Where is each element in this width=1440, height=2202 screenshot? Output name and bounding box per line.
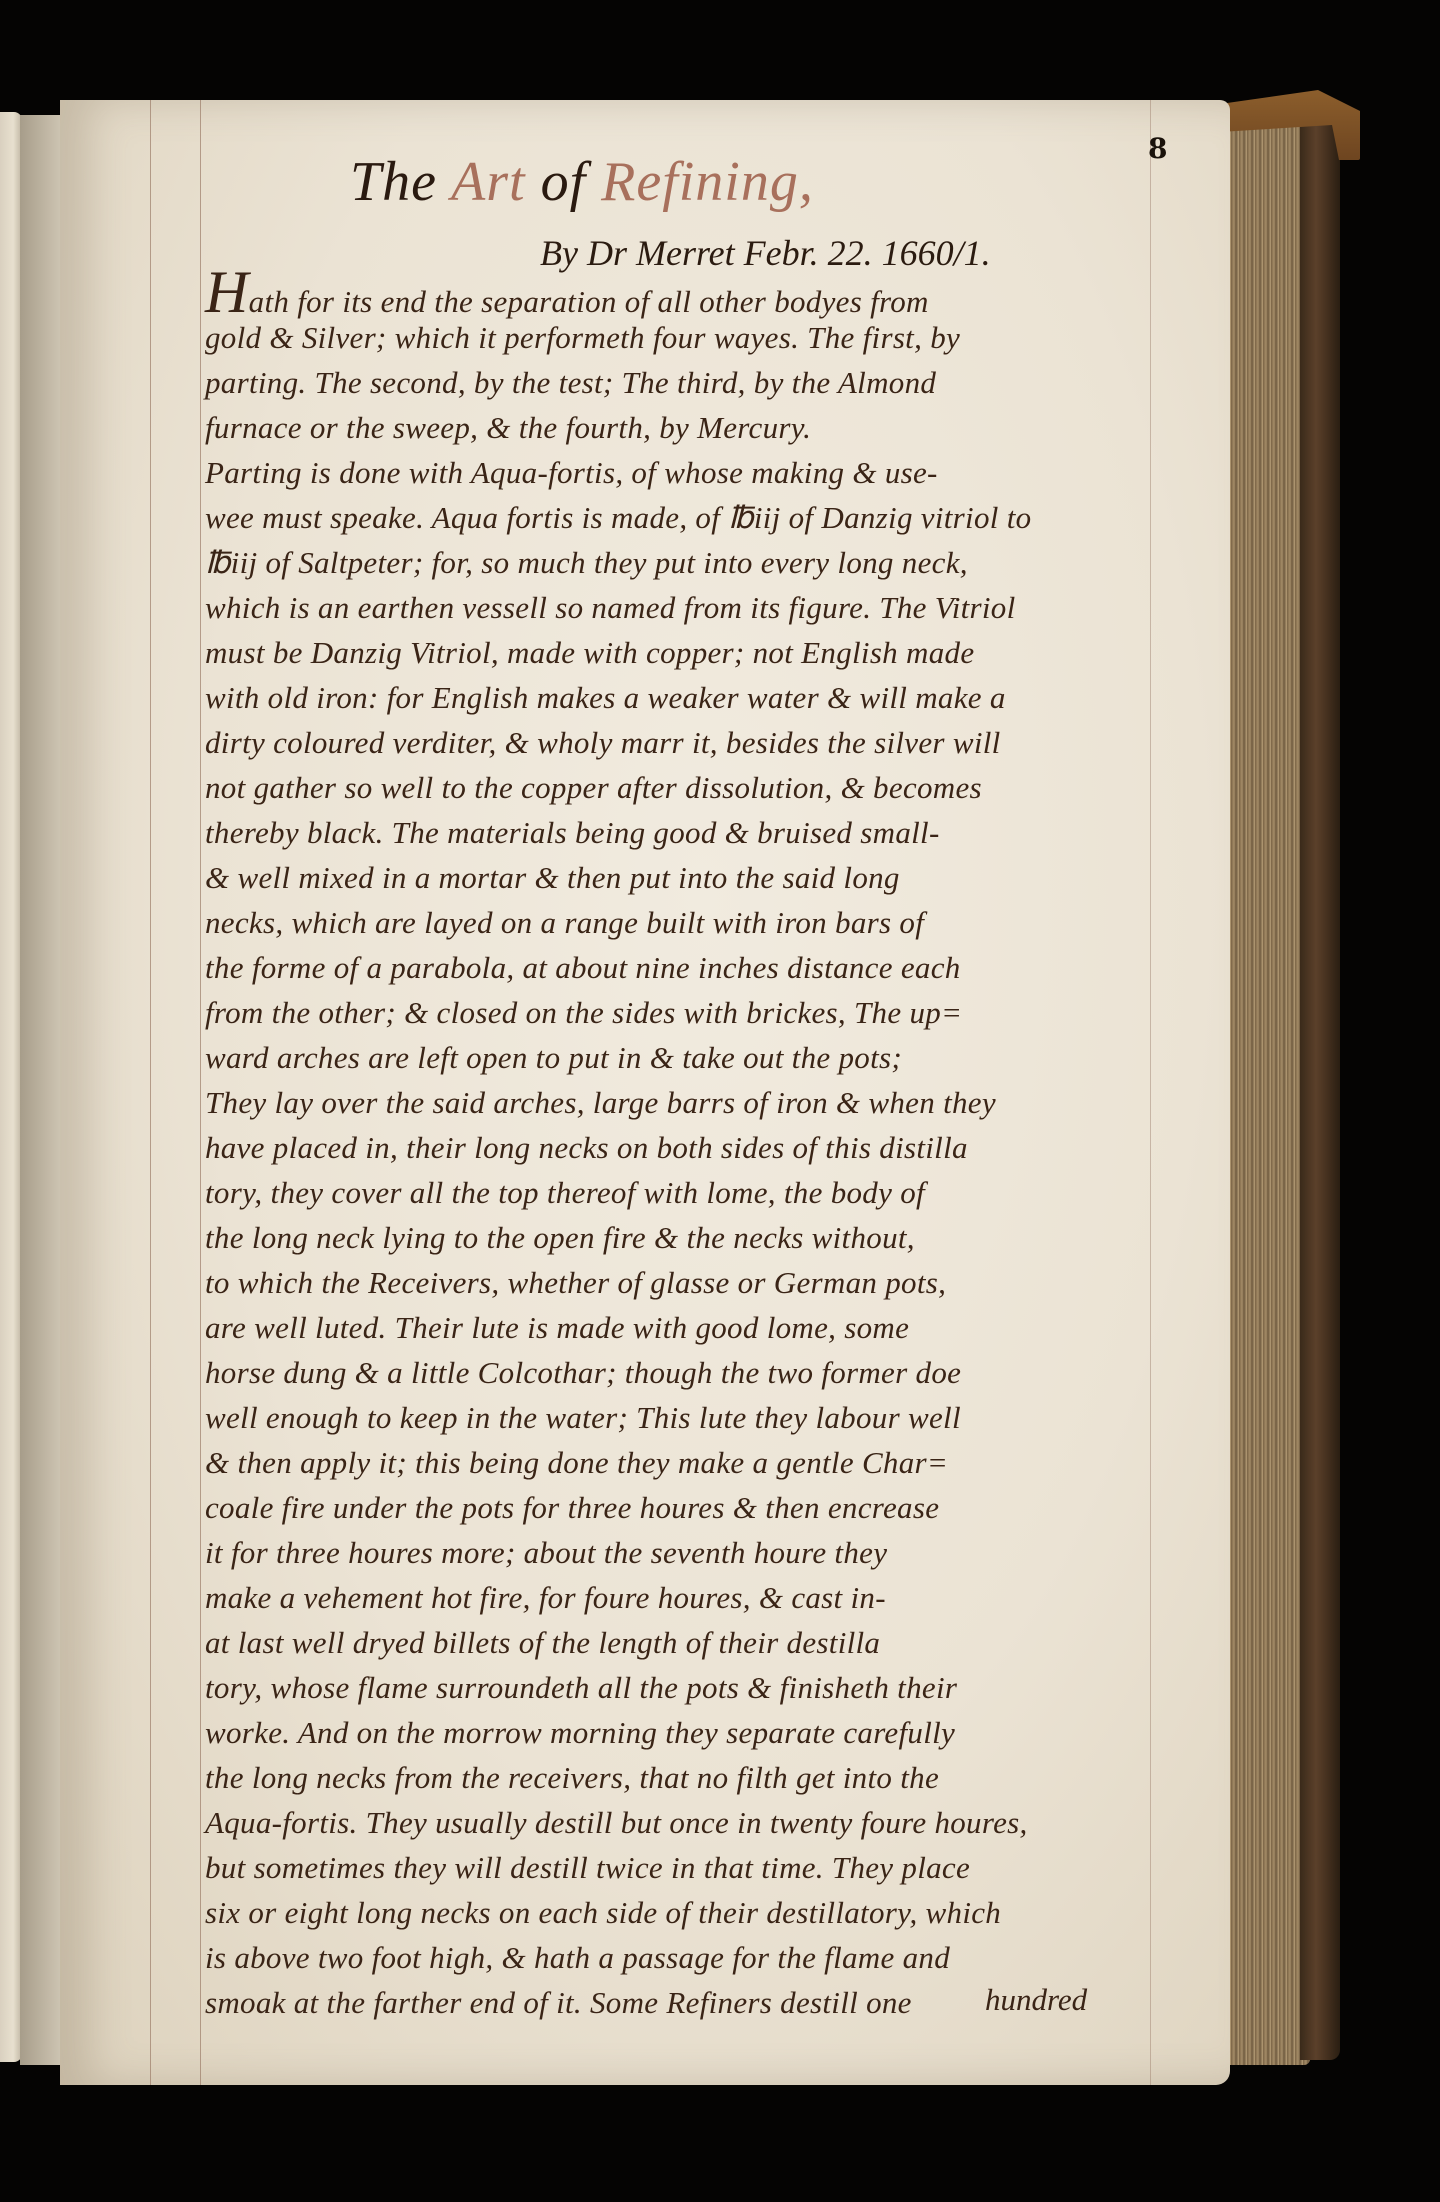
margin-rule-outer	[150, 100, 151, 2085]
text-line: They lay over the said arches, large bar…	[205, 1080, 1165, 1125]
text-line: the long neck lying to the open fire & t…	[205, 1215, 1165, 1260]
text-line: coale fire under the pots for three hour…	[205, 1485, 1165, 1530]
text-line: are well luted. Their lute is made with …	[205, 1305, 1165, 1350]
text-line: worke. And on the morrow morning they se…	[205, 1710, 1165, 1755]
title-word-refining: Refining,	[601, 151, 814, 213]
text-line: from the other; & closed on the sides wi…	[205, 990, 1165, 1035]
text-line: Aqua-fortis. They usually destill but on…	[205, 1800, 1165, 1845]
text-line: ℔iij of Saltpeter; for, so much they put…	[205, 540, 1165, 585]
text-line: Parting is done with Aqua-fortis, of who…	[205, 450, 1165, 495]
text-line: to which the Receivers, whether of glass…	[205, 1260, 1165, 1305]
text-line: with old iron: for English makes a weake…	[205, 675, 1165, 720]
page-title: The Art of Refining,	[350, 150, 814, 214]
text-line: is above two foot high, & hath a passage…	[205, 1935, 1165, 1980]
body-text: Hath for its end the separation of all o…	[205, 270, 1165, 2025]
text-line: horse dung & a little Colcothar; though …	[205, 1350, 1165, 1395]
title-word-of: of	[541, 151, 587, 213]
text-line: wee must speake. Aqua fortis is made, of…	[205, 495, 1165, 540]
text-line: Hath for its end the separation of all o…	[205, 270, 1165, 315]
text-line: tory, they cover all the top thereof wit…	[205, 1170, 1165, 1215]
text-line: & well mixed in a mortar & then put into…	[205, 855, 1165, 900]
text-line: it for three houres more; about the seve…	[205, 1530, 1165, 1575]
text-line: but sometimes they will destill twice in…	[205, 1845, 1165, 1890]
text-line: tory, whose flame surroundeth all the po…	[205, 1665, 1165, 1710]
text-line: which is an earthen vessell so named fro…	[205, 585, 1165, 630]
text-line: ward arches are left open to put in & ta…	[205, 1035, 1165, 1080]
text-line: gold & Silver; which it performeth four …	[205, 315, 1165, 360]
text-line: the forme of a parabola, at about nine i…	[205, 945, 1165, 990]
page-number: 8	[1148, 132, 1167, 165]
text-line: furnace or the sweep, & the fourth, by M…	[205, 405, 1165, 450]
text-line: make a vehement hot fire, for foure hour…	[205, 1575, 1165, 1620]
text-line: have placed in, their long necks on both…	[205, 1125, 1165, 1170]
title-word-art: Art	[451, 151, 526, 213]
text-line: must be Danzig Vitriol, made with copper…	[205, 630, 1165, 675]
catchword: hundred	[985, 1982, 1087, 2018]
title-word-the: The	[350, 151, 437, 213]
text-line: the long necks from the receivers, that …	[205, 1755, 1165, 1800]
text-line: & then apply it; this being done they ma…	[205, 1440, 1165, 1485]
leather-cover	[1300, 120, 1340, 2060]
left-page-edge	[0, 112, 22, 2062]
author-date-line: By Dr Merret Febr. 22. 1660/1.	[540, 232, 991, 274]
text-line: not gather so well to the copper after d…	[205, 765, 1165, 810]
text-line: thereby black. The materials being good …	[205, 810, 1165, 855]
text-line: well enough to keep in the water; This l…	[205, 1395, 1165, 1440]
text-line: dirty coloured verditer, & wholy marr it…	[205, 720, 1165, 765]
text-line: necks, which are layed on a range built …	[205, 900, 1165, 945]
margin-rule-inner	[200, 100, 201, 2085]
text-line: at last well dryed billets of the length…	[205, 1620, 1165, 1665]
text-line: parting. The second, by the test; The th…	[205, 360, 1165, 405]
text-line: six or eight long necks on each side of …	[205, 1890, 1165, 1935]
